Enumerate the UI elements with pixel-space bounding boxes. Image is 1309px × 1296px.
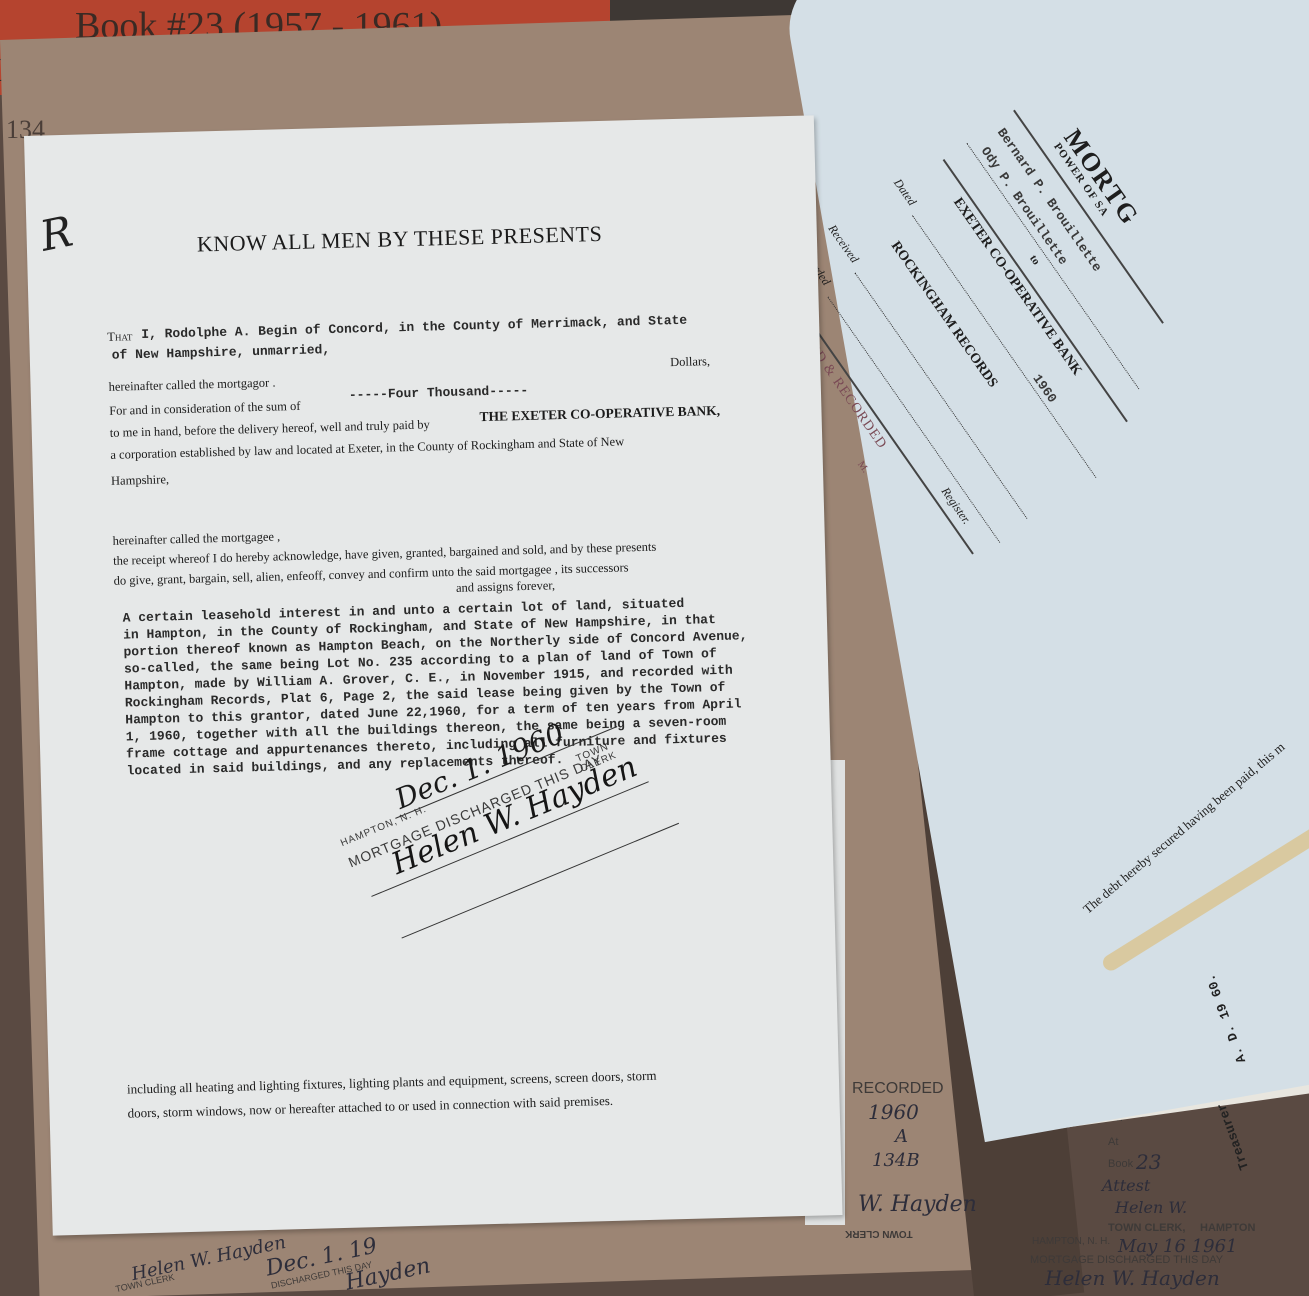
bank-name: THE EXETER CO-OPERATIVE BANK, <box>479 403 720 425</box>
document-title: KNOW ALL MEN BY THESE PRESENTS <box>197 221 603 258</box>
recorded-letter: A <box>895 1126 908 1147</box>
assigns-line: and assigns forever, <box>456 578 555 596</box>
hampshire-line: Hampshire, <box>111 472 169 489</box>
clerk-role: TOWN CLERK, <box>1108 1222 1185 1234</box>
recorded-year: 1960 <box>868 1100 919 1124</box>
book-label: Book <box>1108 1158 1133 1170</box>
closing-line-2: doors, storm windows, now or hereafter a… <box>127 1093 613 1122</box>
paid-by-line: to me in hand, before the delivery hereo… <box>110 417 430 440</box>
received-label: Received <box>825 222 862 266</box>
initial-mark: R <box>36 207 77 261</box>
stamp-m-label: M. <box>855 459 871 475</box>
recorded-signature: W. Hayden <box>858 1192 977 1217</box>
clerk-town: HAMPTON <box>1200 1222 1255 1234</box>
recorded-page: 134B <box>872 1150 920 1171</box>
recorded-role: TOWN CLERK <box>845 1228 913 1239</box>
discharge-signature: Helen W. Hayden <box>1045 1266 1220 1290</box>
register-label: Register. <box>938 485 974 528</box>
that-prefix: That <box>107 329 133 345</box>
grantor-line-2: of New Hampshire, unmarried, <box>112 342 331 363</box>
grantor-line-1: I, Rodolphe A. Begin of Concord, in the … <box>141 313 687 342</box>
mortgage-deed-document: R KNOW ALL MEN BY THESE PRESENTS That I,… <box>24 115 843 1235</box>
attest-signature: Attest <box>1102 1176 1150 1195</box>
recorded-label: RECORDED <box>852 1080 944 1098</box>
consideration-line: For and in consideration of the sum of <box>109 399 301 419</box>
sum-value: -----Four Thousand----- <box>349 383 529 403</box>
mortgagor-line: hereinafter called the mortgagor . <box>108 376 275 395</box>
treasurer-label: Treasurer <box>1214 1101 1252 1172</box>
book-value: 23 <box>1136 1150 1161 1174</box>
at-label: At <box>1108 1136 1118 1148</box>
to-label: to <box>1027 253 1042 267</box>
dollars-label: Dollars, <box>670 354 710 370</box>
clerk-signature: Helen W. <box>1115 1198 1187 1217</box>
discharge-text: MORTGAGE DISCHARGED THIS DAY <box>1030 1254 1223 1266</box>
discharge-place: HAMPTON, N. H. <box>1032 1236 1110 1247</box>
mortgagee-line: hereinafter called the mortgagee , <box>112 529 280 548</box>
dated-label: Dated <box>890 176 919 209</box>
